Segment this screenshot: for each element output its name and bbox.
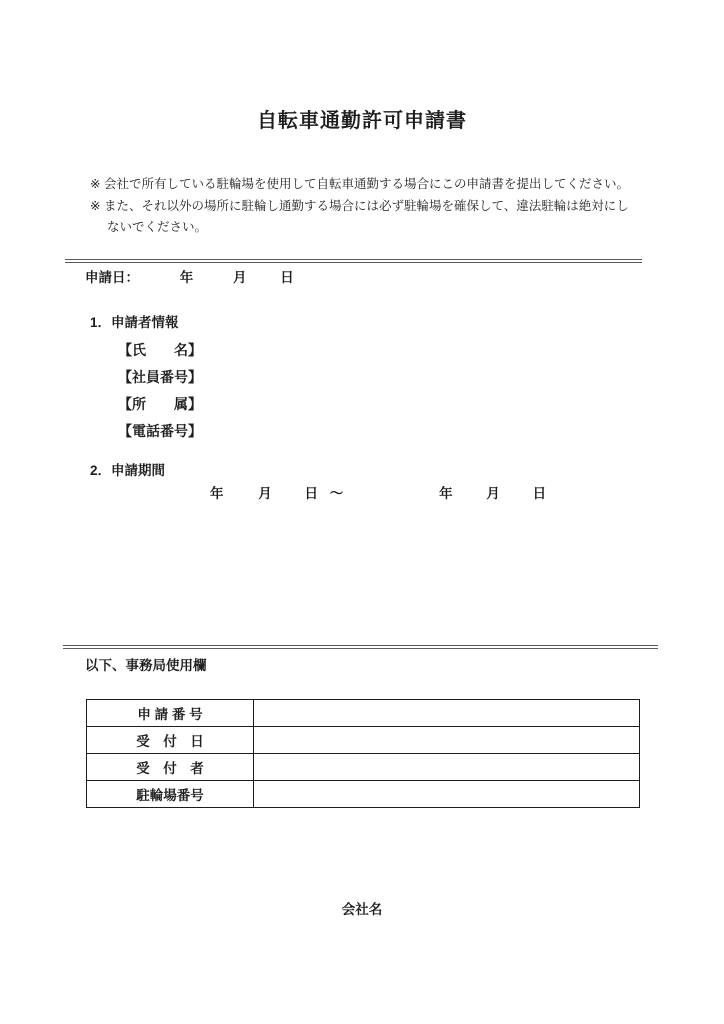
row-value-reception-date [254,727,640,754]
field-label-department: 【所 属】 [118,394,202,414]
application-form-page: 自転車通勤許可申請書 ※ 会社で所有している駐輪場を使用して自転車通勤する場合に… [0,0,724,1024]
field-label-employee-number: 【社員番号】 [118,367,202,387]
section-divider-office [63,645,658,649]
row-value-receptionist [254,754,640,781]
table-row-application-number: 申 請 番 号 [87,700,640,727]
office-use-table: 申 請 番 号 受 付 日 受 付 者 駐輪場番号 [86,699,640,808]
row-value-parking-number [254,781,640,808]
period-start-year-label: 年 [210,482,224,502]
section1-heading: 1．申請者情報 [90,311,179,331]
application-date-year-label: 年 [180,266,194,286]
row-value-application-number [254,700,640,727]
table-row-parking-number: 駐輪場番号 [87,781,640,808]
company-name-label: 会社名 [0,898,724,918]
section-divider-top [65,259,642,263]
row-label-receptionist: 受 付 者 [87,754,254,781]
application-date-label: 申請日： [85,270,139,285]
table-row-reception-date: 受 付 日 [87,727,640,754]
application-date-row: 申請日： 年 月 日 [85,266,294,286]
row-label-application-number: 申 請 番 号 [87,700,254,727]
period-end-day-label: 日 [533,482,547,502]
application-date-day-label: 日 [280,266,294,286]
note-line-3: ないでください。 [90,217,635,239]
period-end-month-label: 月 [486,482,500,502]
table-row-receptionist: 受 付 者 [87,754,640,781]
office-use-heading: 以下、事務局使用欄 [85,654,207,674]
application-date-month-label: 月 [233,266,247,286]
period-tilde-separator: ～ [330,482,344,502]
row-label-reception-date: 受 付 日 [87,727,254,754]
field-label-name: 【氏 名】 [118,340,202,360]
row-label-parking-number: 駐輪場番号 [87,781,254,808]
field-label-phone-number: 【電話番号】 [118,421,202,441]
section2-heading: 2．申請期間 [90,459,165,479]
period-end-year-label: 年 [439,482,453,502]
period-start-month-label: 月 [258,482,272,502]
note-line-2: ※ また、それ以外の場所に駐輪し通勤する場合には必ず駐輪場を確保して、違法駐輪は… [90,196,635,218]
instruction-notes: ※ 会社で所有している駐輪場を使用して自転車通勤する場合にこの申請書を提出してく… [90,174,635,239]
period-start-day-label: 日 [305,482,319,502]
application-period-row: 年 月 日 ～ 年 月 日 [210,482,546,502]
note-line-1: ※ 会社で所有している駐輪場を使用して自転車通勤する場合にこの申請書を提出してく… [90,174,635,196]
form-title: 自転車通勤許可申請書 [0,104,724,133]
